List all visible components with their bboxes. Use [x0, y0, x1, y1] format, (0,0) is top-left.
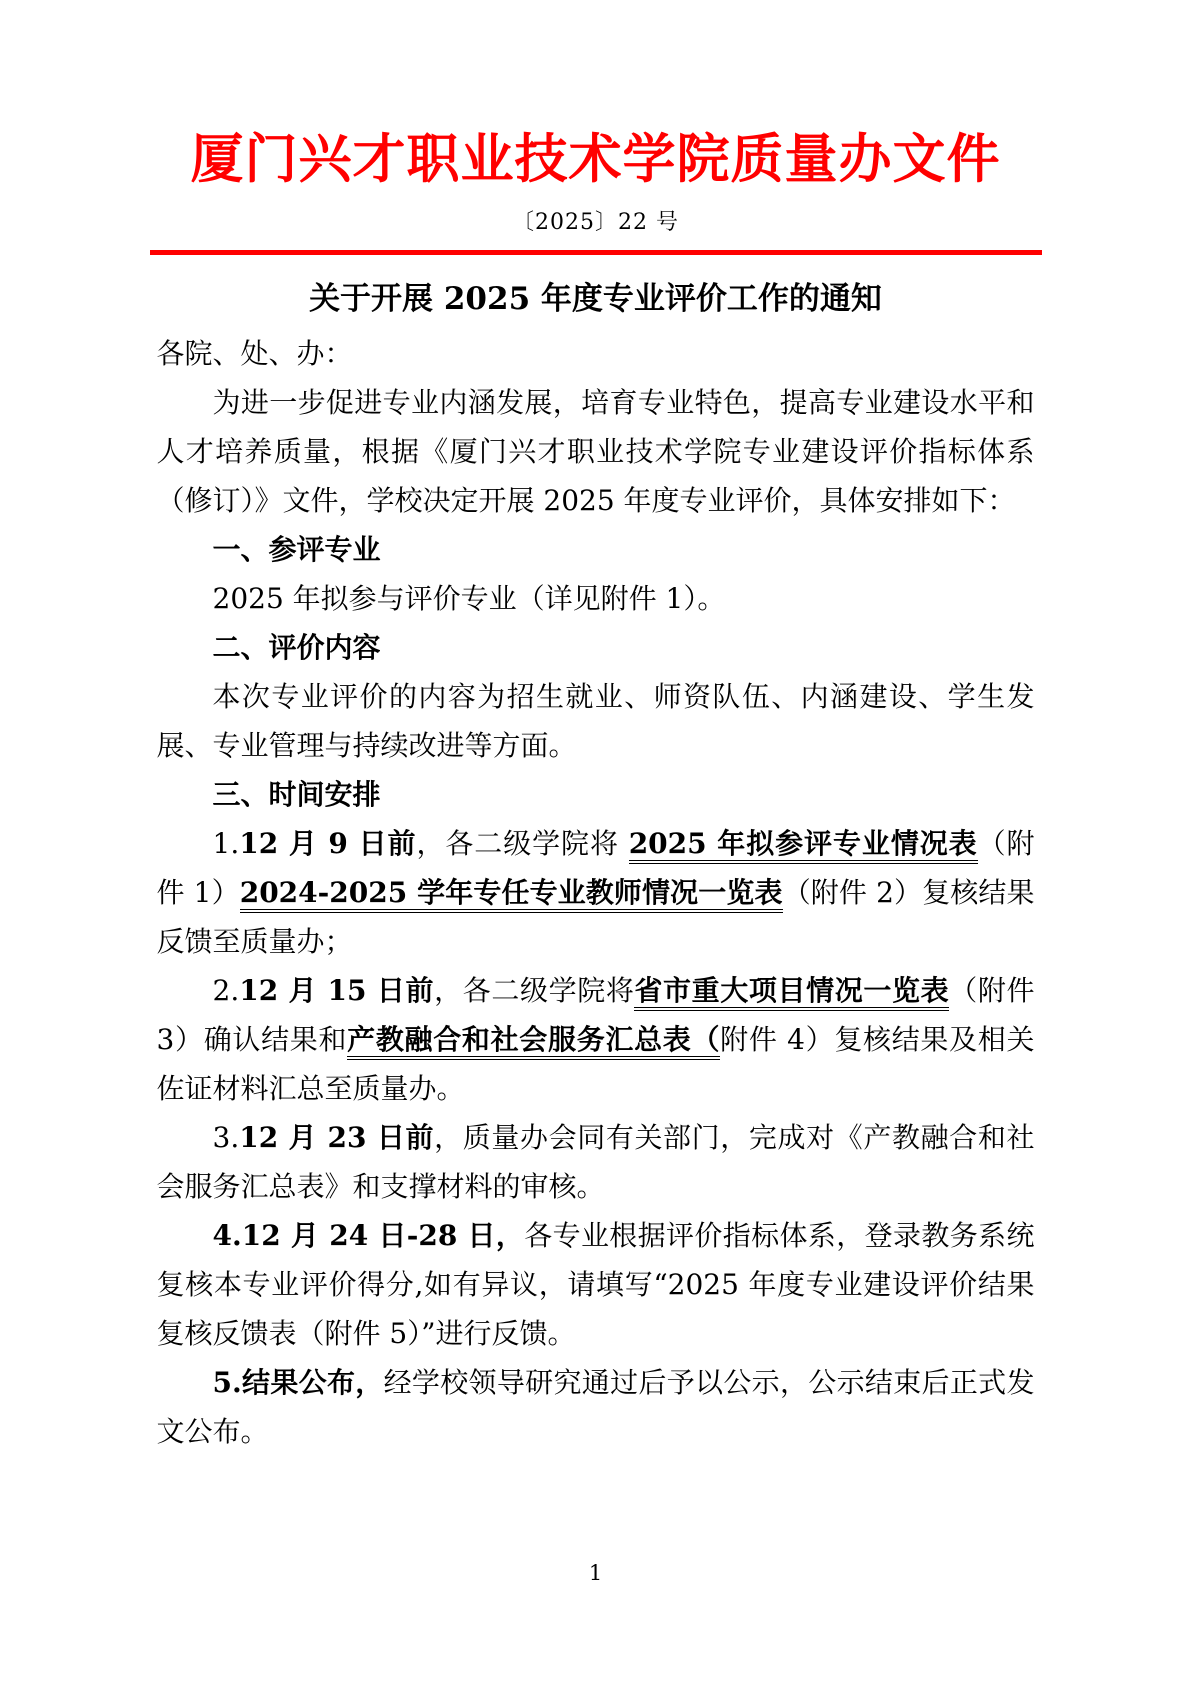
timeline-item-5: 5.结果公布，经学校领导研究通过后予以公示，公示结束后正式发文公布。 [157, 1358, 1035, 1456]
document-body: 各院、处、办： 为进一步促进专业内涵发展，培育专业特色，提高专业建设水平和人才培… [157, 329, 1035, 1456]
section-2-body: 本次专业评价的内容为招生就业、师资队伍、内涵建设、学生发展、专业管理与持续改进等… [157, 672, 1035, 770]
item3-deadline: 12 月 23 日前 [239, 1121, 434, 1154]
item3-number: 3. [213, 1121, 240, 1154]
red-separator-line [150, 250, 1042, 255]
section-1-heading: 一、参评专业 [157, 525, 1035, 574]
item2-form-name-2: 产教融合和社会服务汇总表（ [347, 1023, 720, 1060]
section-2-heading: 二、评价内容 [157, 623, 1035, 672]
item2-text-1: ，各二级学院将 [434, 974, 634, 1007]
section-1-body: 2025 年拟参与评价专业（详见附件 1）。 [157, 574, 1035, 623]
item2-deadline: 12 月 15 日前 [239, 974, 434, 1007]
document-page: 厦门兴才职业技术学院质量办文件 〔2025〕22 号 关于开展 2025 年度专… [0, 0, 1191, 1684]
item1-form-name-1: 2025 年拟参评专业情况表 [629, 827, 978, 864]
item2-number: 2. [213, 974, 240, 1007]
section-3-heading: 三、时间安排 [157, 770, 1035, 819]
page-number: 1 [0, 1558, 1191, 1588]
timeline-item-3: 3.12 月 23 日前，质量办会同有关部门，完成对《产教融合和社会服务汇总表》… [157, 1113, 1035, 1211]
notice-title: 关于开展 2025 年度专业评价工作的通知 [0, 277, 1191, 321]
item1-text-1: ，各二级学院将 [416, 827, 628, 860]
item2-form-name-1: 省市重大项目情况一览表 [634, 974, 949, 1011]
document-number: 〔2025〕22 号 [0, 208, 1191, 238]
item1-deadline: 12 月 9 日前 [239, 827, 416, 860]
document-header: 厦门兴才职业技术学院质量办文件 〔2025〕22 号 [0, 0, 1191, 255]
timeline-item-4: 4.12 月 24 日-28 日，各专业根据评价指标体系，登录教务系统复核本专业… [157, 1211, 1035, 1358]
item4-lead: 4.12 月 24 日-28 日， [213, 1219, 525, 1252]
item1-number: 1. [213, 827, 240, 860]
timeline-item-1: 1.12 月 9 日前，各二级学院将 2025 年拟参评专业情况表（附件 1）2… [157, 819, 1035, 966]
agency-header-title: 厦门兴才职业技术学院质量办文件 [0, 126, 1191, 192]
salutation: 各院、处、办： [157, 329, 1035, 378]
item1-form-name-2: 2024-2025 学年专任专业教师情况一览表 [240, 876, 783, 913]
item5-lead: 5.结果公布， [213, 1366, 384, 1399]
timeline-item-2: 2.12 月 15 日前，各二级学院将省市重大项目情况一览表（附件 3）确认结果… [157, 966, 1035, 1113]
intro-paragraph: 为进一步促进专业内涵发展，培育专业特色，提高专业建设水平和人才培养质量，根据《厦… [157, 378, 1035, 525]
